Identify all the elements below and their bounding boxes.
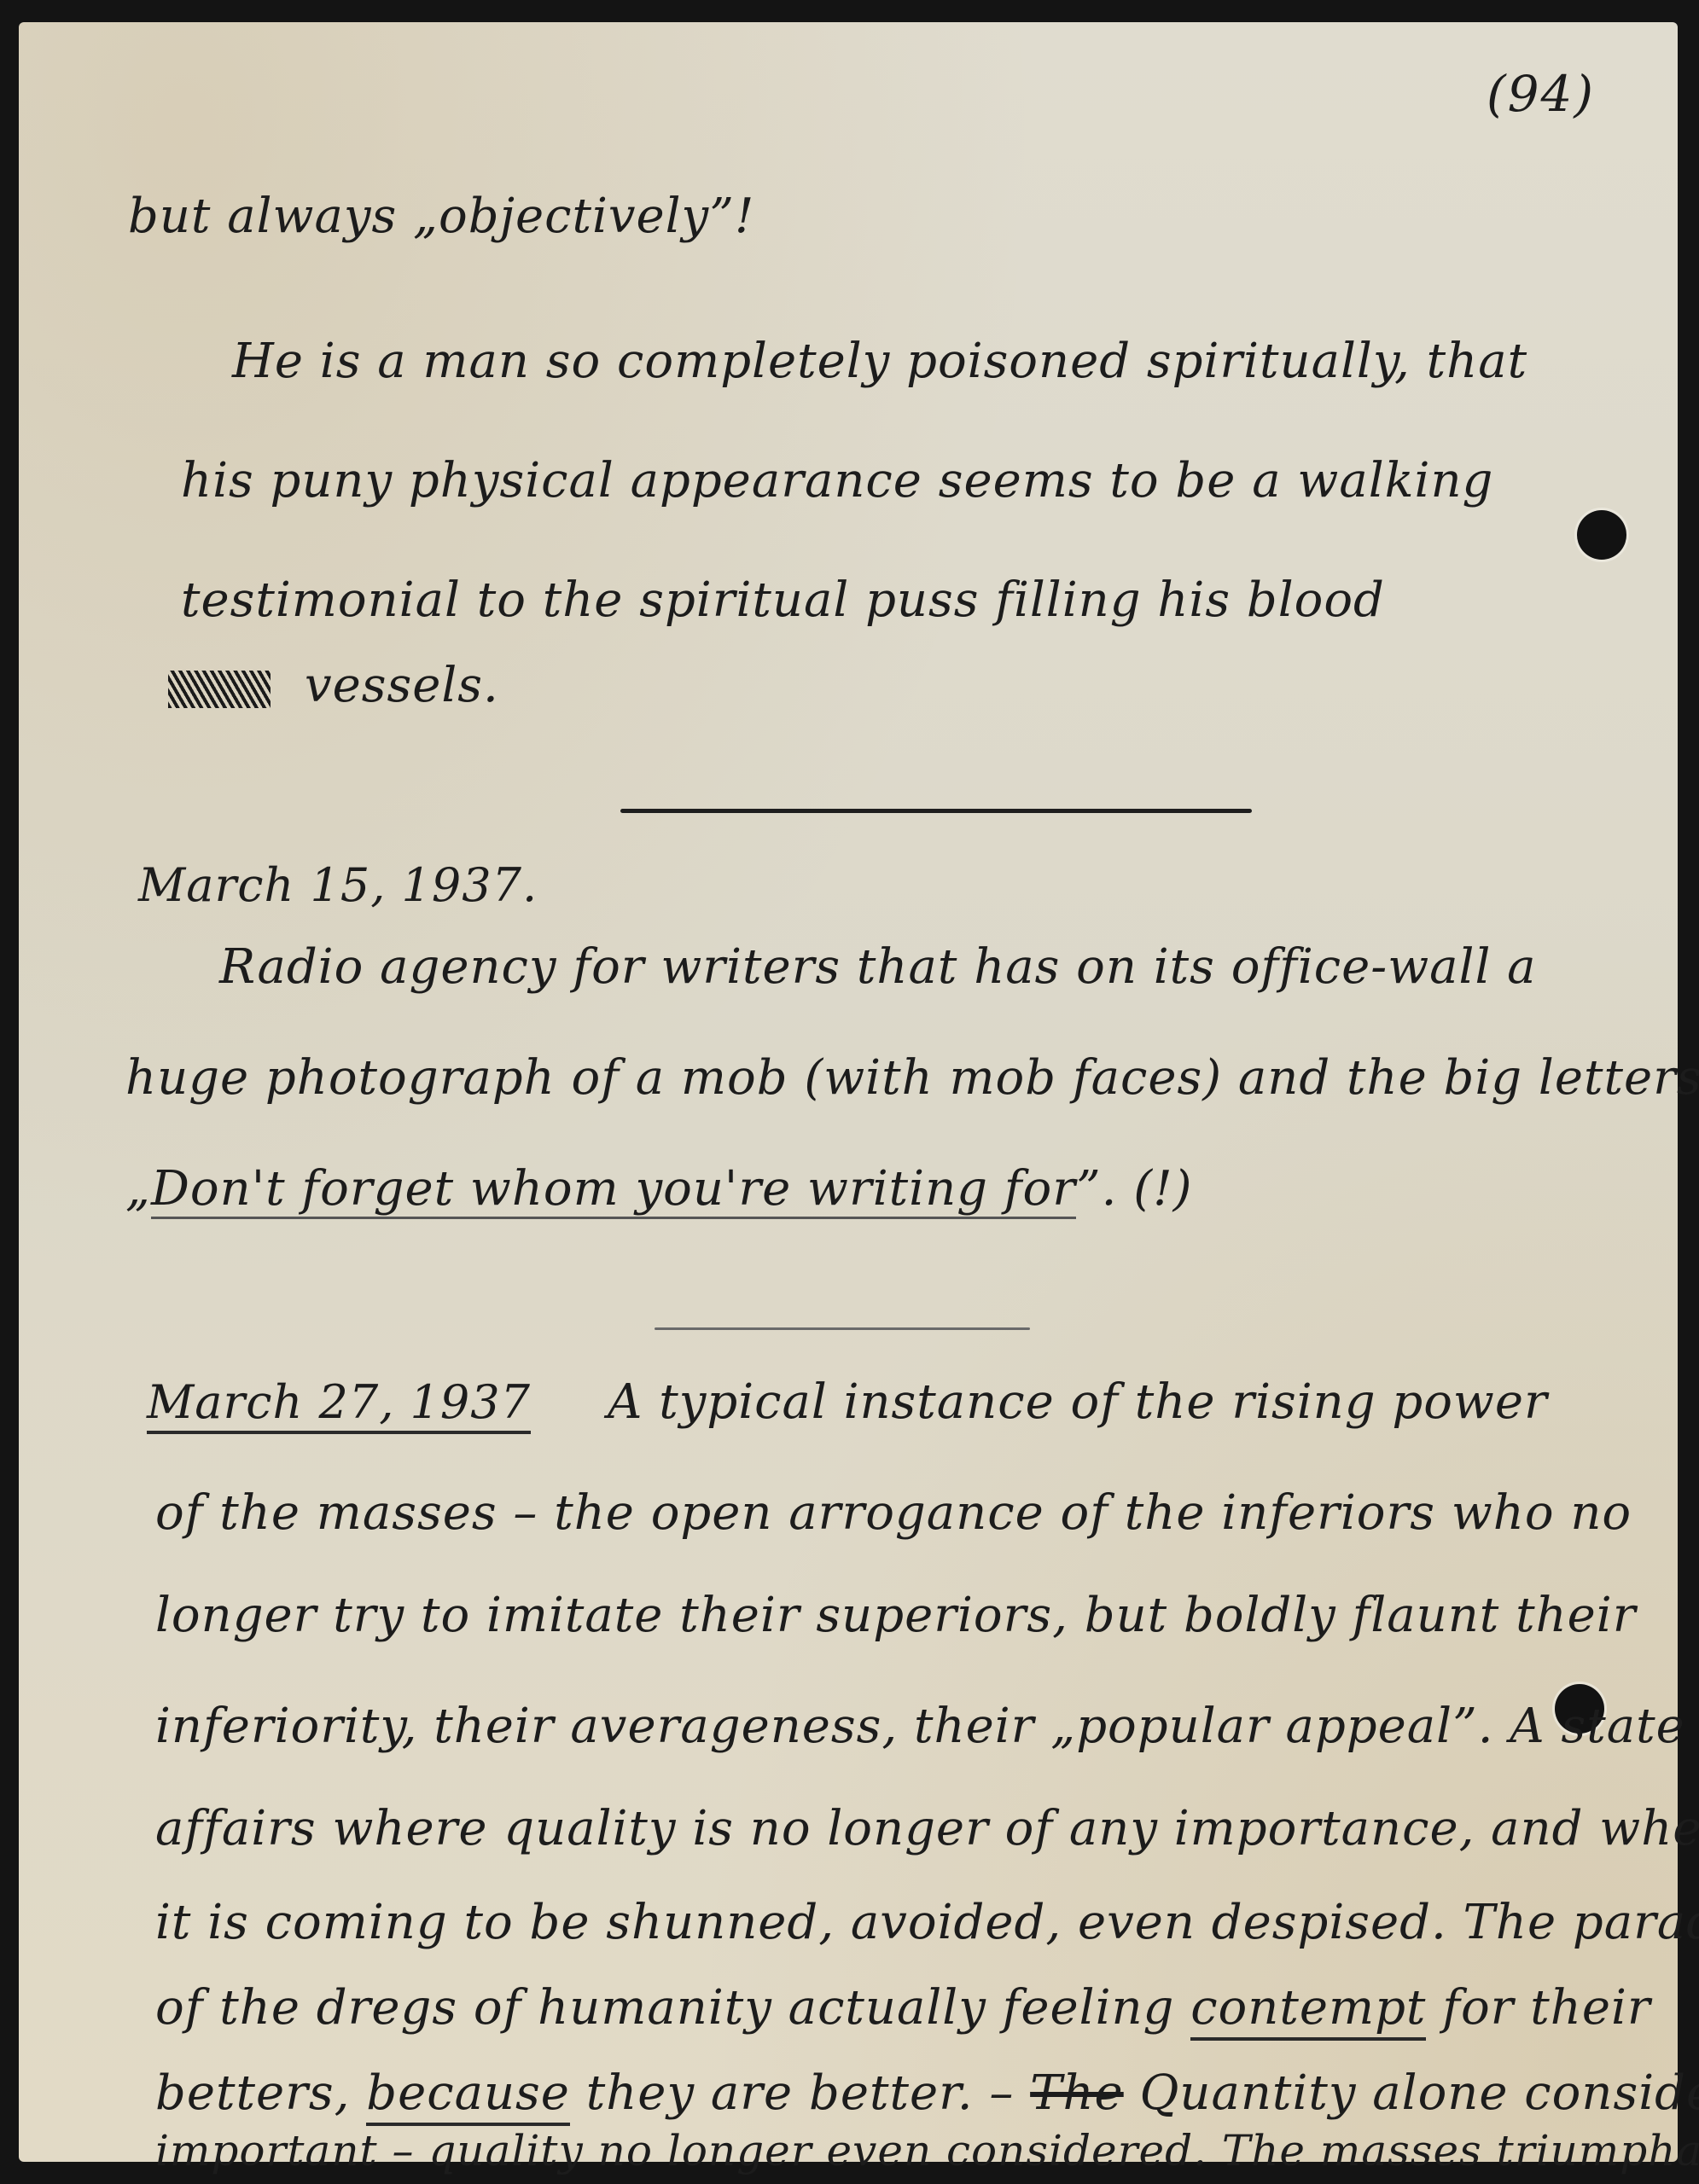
text-line: longer try to imitate their superiors, b… — [155, 1592, 1636, 1640]
underlined-word: contempt — [1190, 1980, 1426, 2041]
text-line: of the masses – the open arrogance of th… — [155, 1490, 1632, 1537]
entry-date: March 15, 1937. — [138, 858, 538, 912]
text-fragment: ”. (!) — [1076, 1161, 1192, 1217]
text-line: affairs where quality is no longer of an… — [155, 1805, 1699, 1853]
text-line: He is a man so completely poisoned spiri… — [232, 338, 1527, 386]
text-line: important – quality no longer even consi… — [155, 2129, 1699, 2172]
text-fragment: betters, — [155, 2065, 366, 2121]
text-line: but always „objectively”! — [128, 193, 754, 241]
text-line: Radio agency for writers that has on its… — [219, 944, 1537, 991]
text-line: his puny physical appearance seems to be… — [181, 457, 1493, 505]
text-line-last: vessels. — [168, 662, 499, 710]
text-fragment: for their — [1426, 1980, 1650, 2036]
entry-date: March 27, 1937 — [147, 1375, 531, 1434]
underlined-word: because — [366, 2065, 570, 2126]
text-line: testimonial to the spiritual puss fillin… — [181, 577, 1385, 624]
section-divider — [655, 1327, 1030, 1330]
text-line: of the dregs of humanity actually feelin… — [155, 1984, 1651, 2032]
section-divider — [620, 809, 1252, 813]
text-line: huge photograph of a mob (with mob faces… — [125, 1054, 1699, 1102]
text-fragment: vessels. — [305, 658, 499, 713]
underlined-quote: Don't forget whom you're writing for — [151, 1161, 1076, 1219]
text-line: March 27, 1937A typical instance of the … — [147, 1379, 1548, 1426]
text-line: it is coming to be shunned, avoided, eve… — [155, 1899, 1699, 1947]
struck-word: The — [1030, 2065, 1124, 2121]
text-fragment: of the dregs of humanity actually feelin… — [155, 1980, 1190, 2036]
page-number: (94) — [1487, 65, 1595, 123]
text-line: „Don't forget whom you're writing for”. … — [125, 1165, 1192, 1213]
text-fragment: A typical instance of the rising power — [608, 1374, 1548, 1430]
text-fragment: they are better. – — [570, 2065, 1030, 2121]
text-fragment: „ — [125, 1161, 151, 1217]
punch-hole-top — [1577, 510, 1626, 560]
text-line: inferiority, their averageness, their „p… — [155, 1703, 1699, 1751]
manuscript-page: (94) but always „objectively”! He is a m… — [19, 22, 1678, 2162]
crossed-out-word — [168, 671, 271, 708]
text-line: betters, because they are better. – The … — [155, 2070, 1699, 2117]
text-fragment: Quantity alone considered — [1124, 2065, 1699, 2121]
